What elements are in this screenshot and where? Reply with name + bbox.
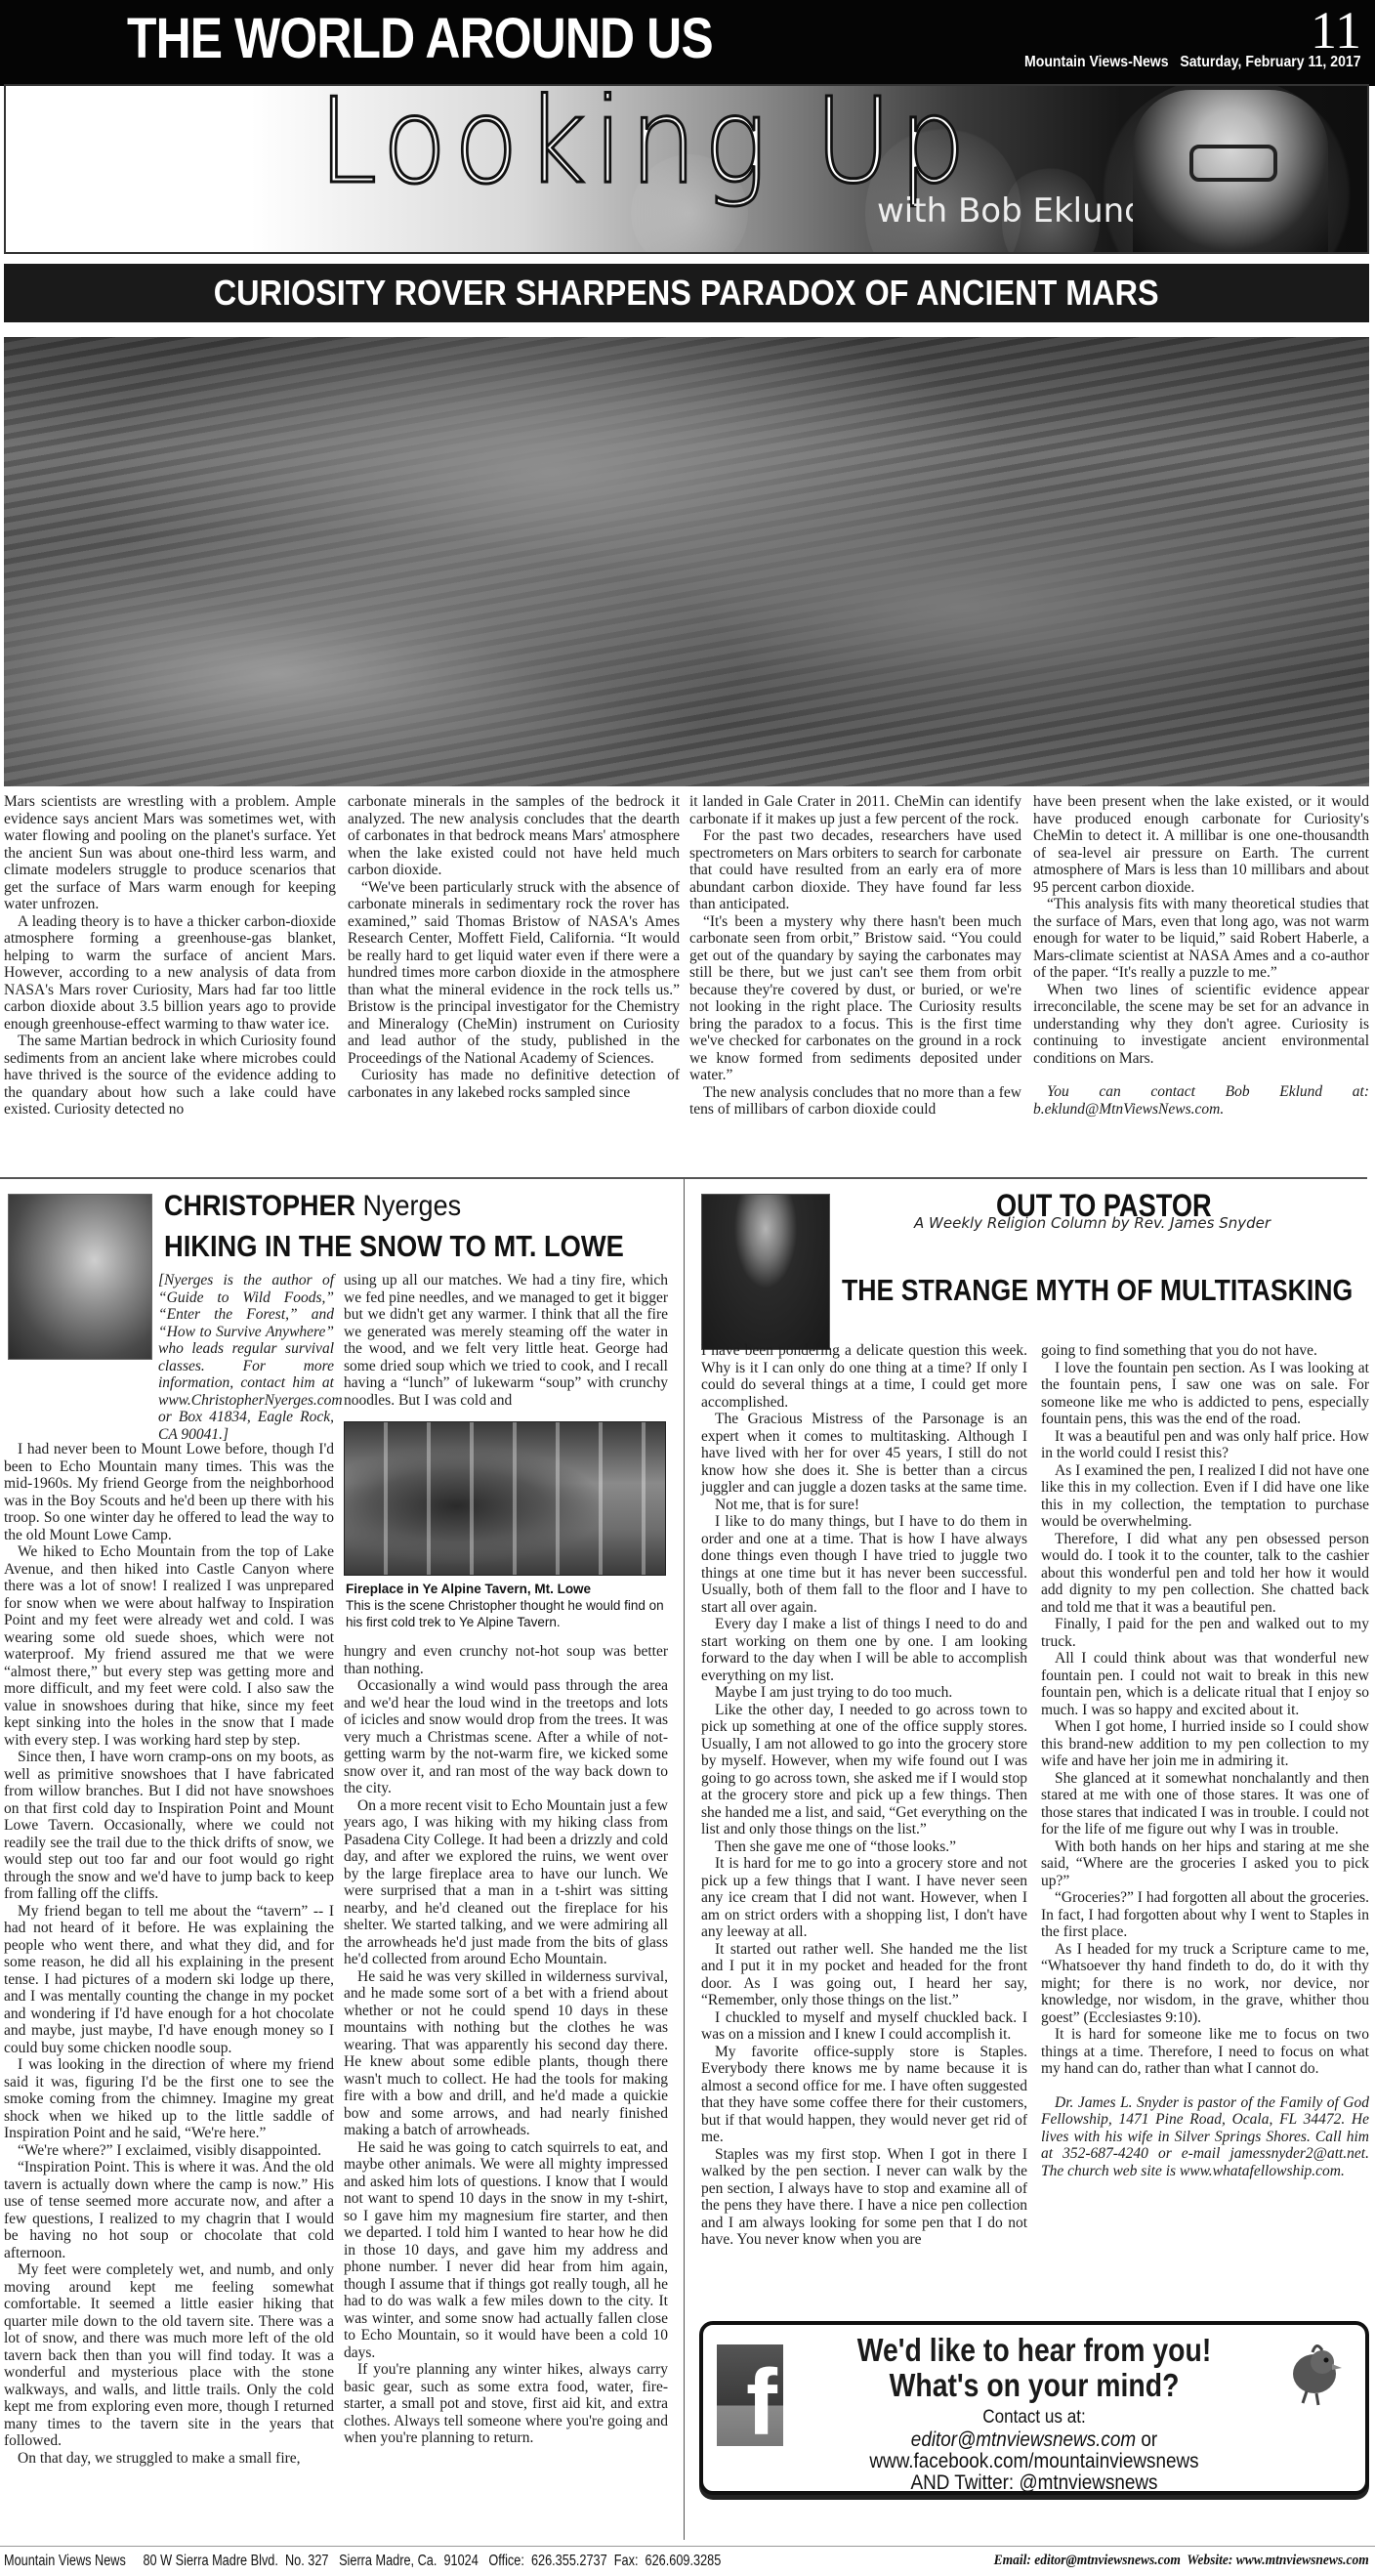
masthead: THE WORLD AROUND US 11 Mountain Views-Ne…: [0, 0, 1375, 86]
tavern-fireplace-photo: [344, 1421, 666, 1576]
paragraph: The same Martian bedrock in which Curios…: [4, 1033, 336, 1119]
article-headline: CURIOSITY ROVER SHARPENS PARADOX OF ANCI…: [214, 264, 1159, 322]
paragraph: He said he was going to catch squirrels …: [344, 2139, 668, 2362]
paragraph: Finally, I paid for the pen and walked o…: [1041, 1616, 1369, 1650]
columnist-photo-nyerges: [8, 1194, 152, 1360]
paragraph: It started out rather well. She handed m…: [701, 1941, 1027, 2009]
caption-title: Fireplace in Ye Alpine Tavern, Mt. Lowe: [346, 1581, 668, 1597]
columnist-last-name: Nyerges: [363, 1190, 462, 1222]
contact-heading-2: What's on your mind?: [749, 2368, 1318, 2403]
paragraph: My favorite office-supply store is Stapl…: [701, 2044, 1027, 2146]
author-glasses-detail: [1189, 145, 1277, 182]
caption-text: This is the scene Christopher thought he…: [346, 1597, 668, 1630]
contact-heading-1: We'd like to hear from you!: [749, 2333, 1318, 2368]
paragraph: The Gracious Mistress of the Parsonage i…: [701, 1411, 1027, 1497]
paragraph: have been present when the lake existed,…: [1033, 793, 1369, 896]
paragraph: Then she gave me one of “those looks.”: [701, 1838, 1027, 1856]
paragraph: It is hard for someone like me to focus …: [1041, 2026, 1369, 2078]
author-bio: [Nyerges is the author of “Guide to Wild…: [158, 1272, 334, 1443]
nyerges-column-2-top: using up all our matches. We had a tiny …: [344, 1272, 668, 1409]
looking-up-banner: Looking Up with Bob Eklund: [4, 84, 1369, 254]
paragraph: carbonate minerals in the samples of the…: [348, 793, 680, 879]
mars-article-column-1: Mars scientists are wrestling with a pro…: [4, 793, 336, 1119]
contact-email-link[interactable]: editor@mtnviewsnews.com: [911, 2428, 1136, 2451]
paragraph: Not me, that is for sure!: [701, 1497, 1027, 1514]
paragraph: My feet were completely wet, and numb, a…: [4, 2261, 334, 2450]
paragraph: I chuckled to myself and myself chuckled…: [701, 2009, 1027, 2044]
column-title: Looking Up: [318, 84, 973, 210]
paragraph: it landed in Gale Crater in 2011. CheMin…: [689, 793, 1021, 827]
paragraph: Maybe I am just trying to do too much.: [701, 1684, 1027, 1702]
paragraph: It was a beautiful pen and was only half…: [1041, 1428, 1369, 1462]
column-divider: [684, 1178, 685, 2540]
column-byline: with Bob Eklund: [877, 191, 1146, 231]
columnist-photo-snyder: [701, 1194, 830, 1350]
nyerges-column-2: hungry and even crunchy not-hot soup was…: [344, 1643, 668, 2447]
columnist-first-name: CHRISTOPHER: [164, 1190, 355, 1222]
paragraph: My friend began to tell me about the “ta…: [4, 1903, 334, 2057]
paragraph: “Inspiration Point. This is where it was…: [4, 2159, 334, 2261]
paragraph: Every day I make a list of things I need…: [701, 1616, 1027, 1684]
mars-surface-photo: [4, 337, 1369, 786]
mars-article-column-3: it landed in Gale Crater in 2011. CheMin…: [689, 793, 1021, 1119]
pastor-bio: Dr. James L. Snyder is pastor of the Fam…: [1041, 2094, 1369, 2180]
paragraph: I like to do many things, but I have to …: [701, 1513, 1027, 1616]
paragraph: When I got home, I hurried inside so I c…: [1041, 1718, 1369, 1770]
paragraph: Staples was my first stop. When I got in…: [701, 2146, 1027, 2249]
paragraph: With both hands on her hips and staring …: [1041, 1838, 1369, 1890]
paragraph: “We've been particularly struck with the…: [348, 879, 680, 1068]
issue-date: Saturday, February 11, 2017: [1181, 54, 1361, 70]
nyerges-headline: HIKING IN THE SNOW TO MT. LOWE: [164, 1229, 624, 1264]
paragraph: He said he was very skilled in wildernes…: [344, 1968, 668, 2139]
paragraph: going to find something that you do not …: [1041, 1342, 1369, 1360]
columnist-name: CHRISTOPHER Nyerges: [164, 1190, 461, 1223]
paragraph: On that day, we struggled to make a smal…: [4, 2450, 334, 2468]
page-number: 11: [1311, 0, 1361, 61]
paragraph: We hiked to Echo Mountain from the top o…: [4, 1543, 334, 1749]
paragraph: The new analysis concludes that no more …: [689, 1084, 1021, 1119]
paragraph: “It's been a mystery why there hasn't be…: [689, 913, 1021, 1084]
paragraph: Therefore, I did what any pen obsessed p…: [1041, 1531, 1369, 1617]
paragraph: When two lines of scientific evidence ap…: [1033, 982, 1369, 1068]
paragraph: “This analysis fits with many theoretica…: [1033, 896, 1369, 982]
pastor-column-subtitle: A Weekly Religion Column by Rev. James S…: [914, 1214, 1271, 1232]
page-footer: Mountain Views News 80 W Sierra Madre Bl…: [0, 2546, 1375, 2576]
pastor-column-1: I have been pondering a delicate questio…: [701, 1342, 1027, 2249]
paragraph: “Groceries?” I had forgotten all about t…: [1041, 1889, 1369, 1941]
paragraph: Since then, I have worn cramp-ons on my …: [4, 1749, 334, 1903]
paragraph: hungry and even crunchy not-hot soup was…: [344, 1643, 668, 1677]
paragraph: using up all our matches. We had a tiny …: [344, 1272, 668, 1409]
paragraph: On a more recent visit to Echo Mountain …: [344, 1797, 668, 1968]
footer-address: Mountain Views News 80 W Sierra Madre Bl…: [4, 2553, 721, 2570]
section-title: THE WORLD AROUND US: [127, 6, 713, 71]
contact-us-box: f We'd like to hear from you! What's on …: [699, 2321, 1369, 2495]
contact-email-suffix: or: [1136, 2428, 1157, 2451]
author-contact-note: You can contact Bob Eklund at: b.eklund@…: [1033, 1083, 1369, 1118]
paragraph: I was looking in the direction of where …: [4, 2056, 334, 2142]
paragraph: “We're where?” I exclaimed, visibly disa…: [4, 2142, 334, 2160]
paragraph: If you're planning any winter hikes, alw…: [344, 2361, 668, 2447]
pastor-headline: THE STRANGE MYTH OF MULTITASKING: [842, 1273, 1353, 1308]
photo-caption: Fireplace in Ye Alpine Tavern, Mt. Lowe …: [346, 1581, 668, 1630]
article-headline-bar: CURIOSITY ROVER SHARPENS PARADOX OF ANCI…: [4, 264, 1369, 322]
paragraph: As I headed for my truck a Scripture cam…: [1041, 1941, 1369, 2027]
paragraph: I had never been to Mount Lowe before, t…: [4, 1441, 334, 1543]
contact-facebook-link[interactable]: www.facebook.com/mountainviewsnews: [736, 2450, 1332, 2473]
mars-article-column-2: carbonate minerals in the samples of the…: [348, 793, 680, 1101]
paragraph: Like the other day, I needed to go acros…: [701, 1702, 1027, 1838]
mars-article-column-4: have been present when the lake existed,…: [1033, 793, 1369, 1118]
publication-name: Mountain Views-News: [1024, 54, 1169, 70]
paragraph: Mars scientists are wrestling with a pro…: [4, 793, 336, 913]
contact-email-line: editor@mtnviewsnews.com or: [736, 2428, 1332, 2452]
paragraph: All I could think about was that wonderf…: [1041, 1650, 1369, 1718]
paragraph: It is hard for me to go into a grocery s…: [701, 1855, 1027, 1941]
paragraph: For the past two decades, researchers ha…: [689, 827, 1021, 913]
paragraph: I have been pondering a delicate questio…: [701, 1342, 1027, 1411]
pastor-column-2: going to find something that you do not …: [1041, 1342, 1369, 2179]
issue-line: Mountain Views-News Saturday, February 1…: [1024, 54, 1361, 71]
paragraph: A leading theory is to have a thicker ca…: [4, 913, 336, 1034]
nyerges-bio-top: [Nyerges is the author of “Guide to Wild…: [158, 1272, 334, 1443]
contact-twitter-line[interactable]: AND Twitter: @mtnviewsnews: [736, 2471, 1332, 2495]
contact-label: Contact us at:: [736, 2407, 1332, 2428]
paragraph: Curiosity has made no definitive detecti…: [348, 1067, 680, 1101]
footer-contact[interactable]: Email: editor@mtnviewsnews.com Website: …: [994, 2553, 1369, 2569]
paragraph: Occasionally a wind would pass through t…: [344, 1677, 668, 1797]
paragraph: As I examined the pen, I realized I did …: [1041, 1462, 1369, 1531]
nyerges-column-1: I had never been to Mount Lowe before, t…: [4, 1441, 334, 2467]
paragraph: She glanced at it somewhat nonchalantly …: [1041, 1770, 1369, 1838]
paragraph: I love the fountain pen section. As I wa…: [1041, 1360, 1369, 1428]
